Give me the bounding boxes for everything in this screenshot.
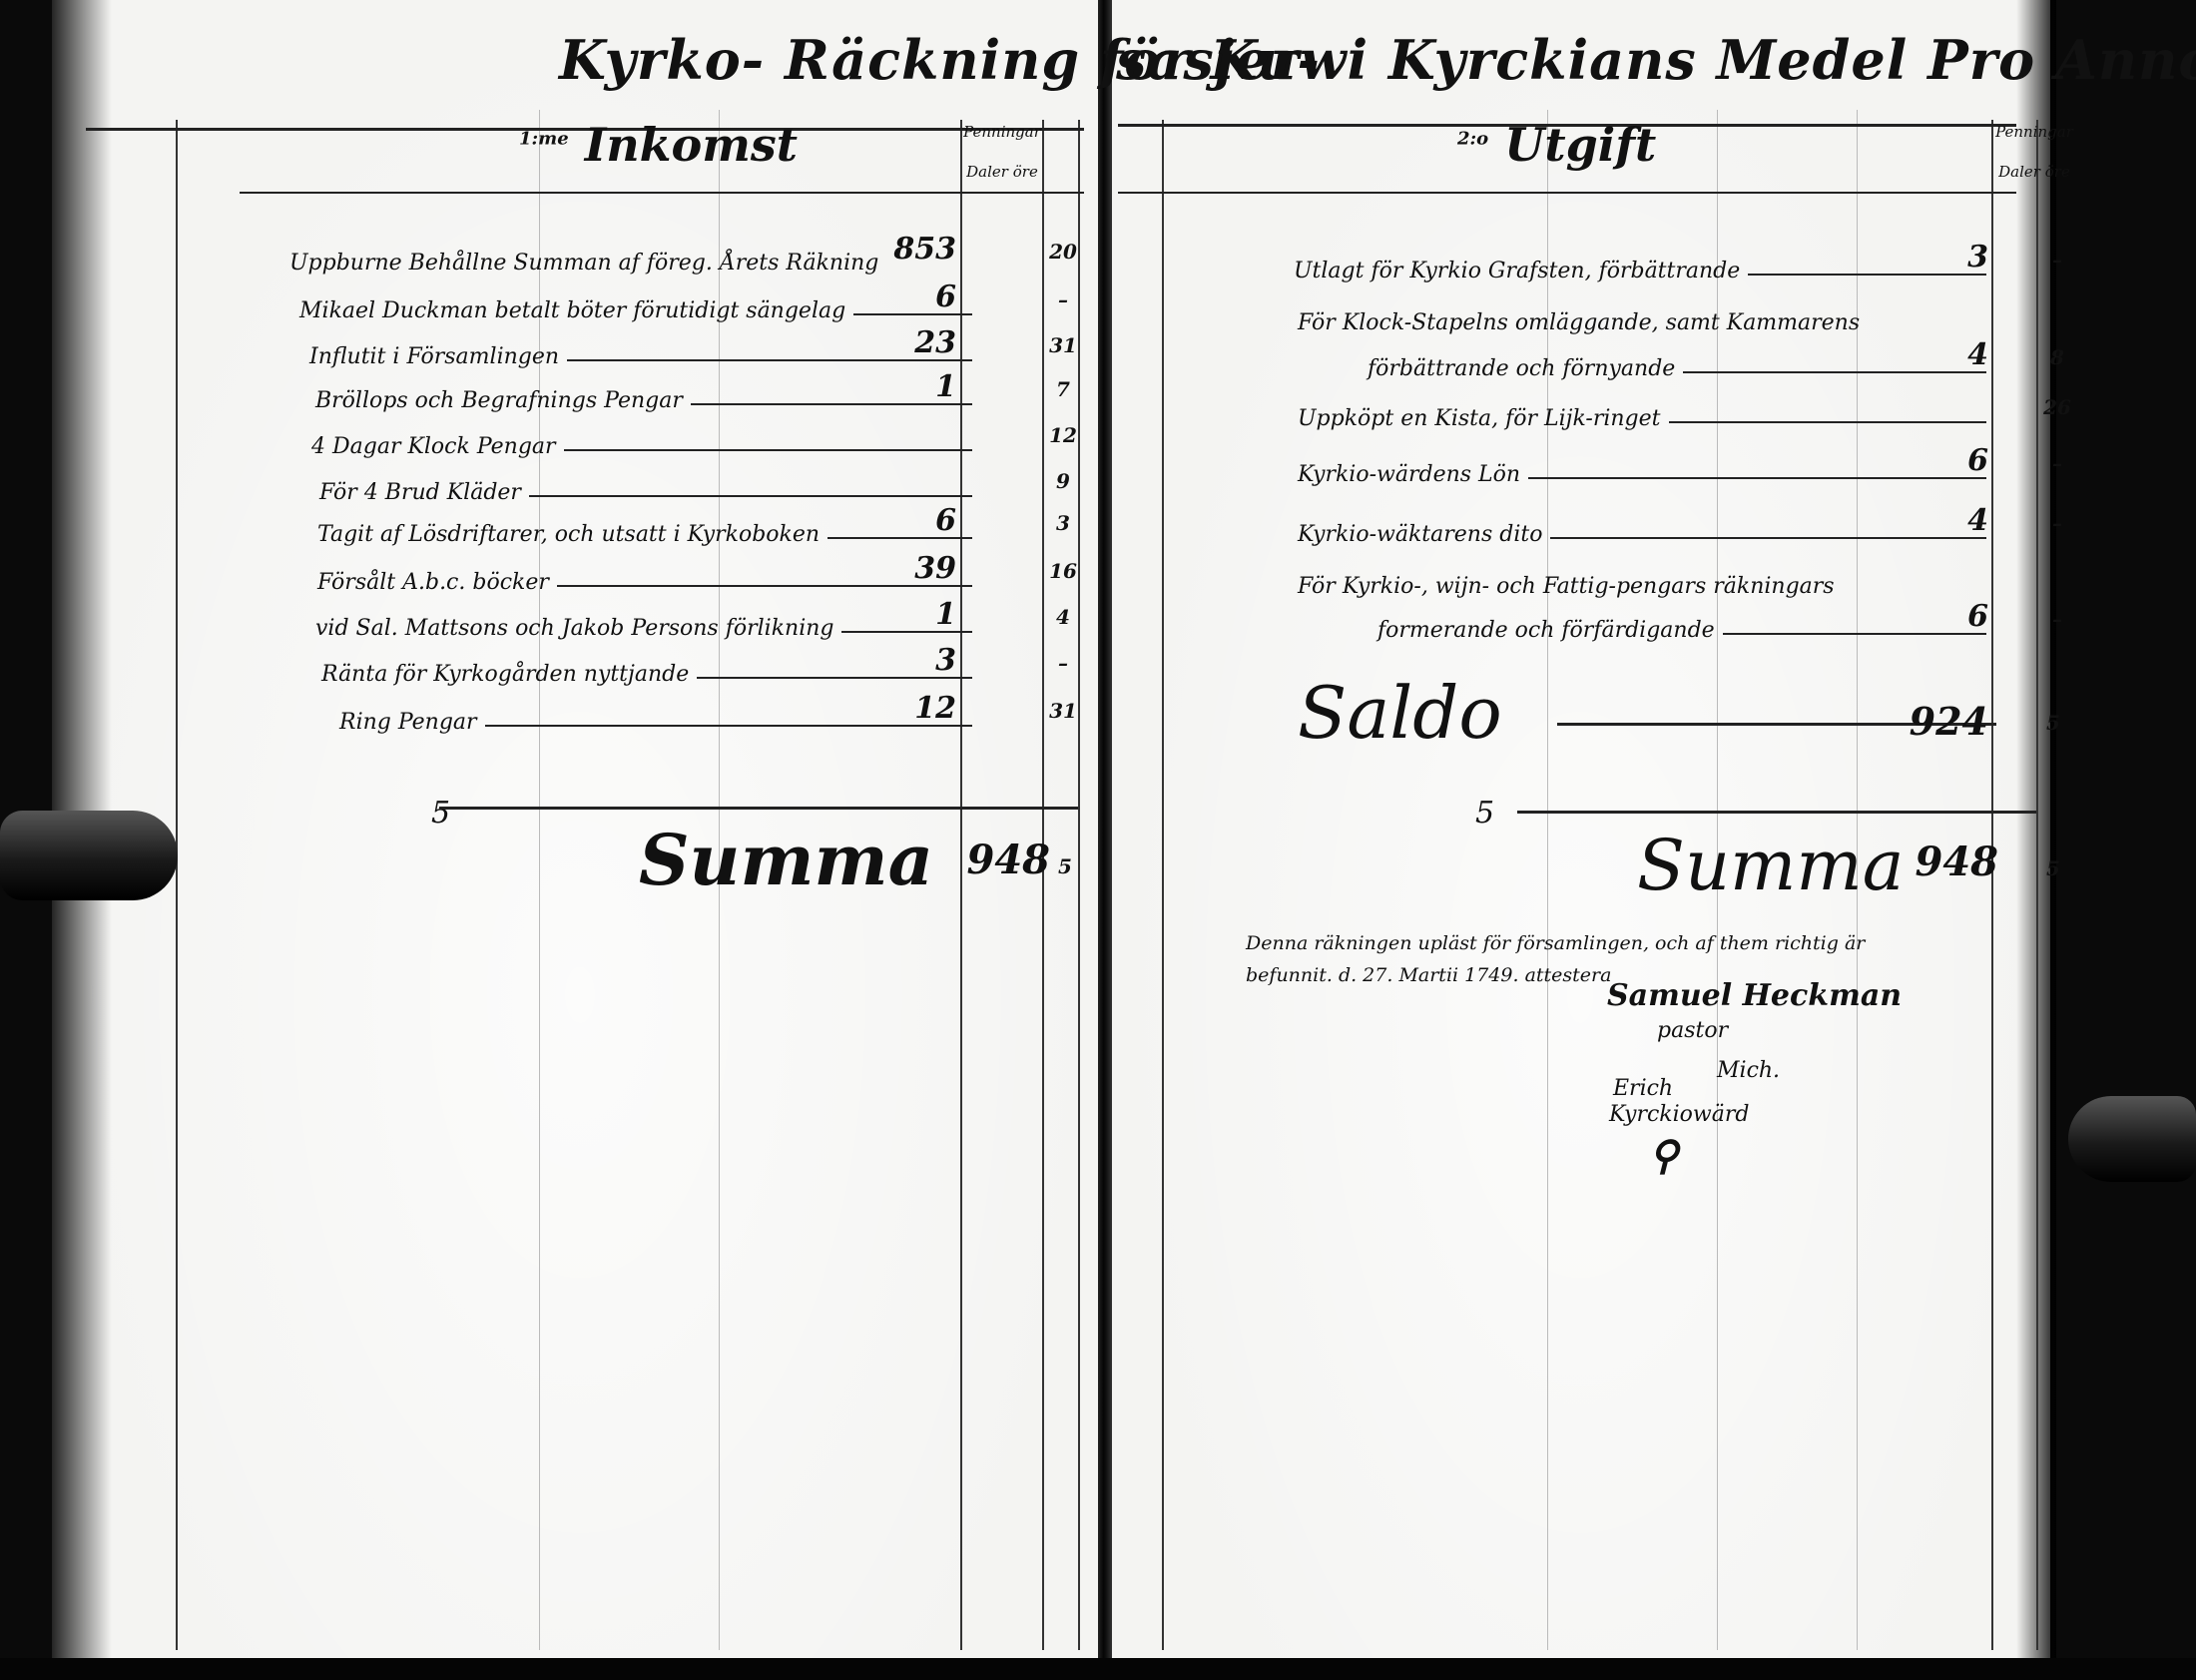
row-description: För Kyrkio-, wijn- och Fattig-pengars rä… — [1298, 574, 1835, 599]
book-clip-right — [2068, 1096, 2196, 1182]
income-row: Mikael Duckman betalt böter förutidigt s… — [299, 283, 978, 323]
saldo-daler: 924 — [1909, 699, 1988, 744]
row-description: För Klock-Stapelns omläggande, samt Kamm… — [1298, 310, 1860, 335]
expense-row: För Klock-Stapelns omläggande, samt Kamm… — [1298, 295, 1996, 335]
book-clip-left — [0, 811, 178, 900]
row-description: Mikael Duckman betalt böter förutidigt s… — [299, 298, 845, 323]
row-daler: 23 — [886, 325, 956, 360]
row-ore: 7 — [1046, 377, 1080, 401]
row-ore: 12 — [1046, 423, 1080, 447]
signature-pastor-name: Samuel Heckman — [1607, 978, 1902, 1013]
expense-row: Utlagt för Kyrkio Grafsten, förbättrande — [1294, 244, 1992, 283]
expenses-heading-label: Utgift — [1504, 118, 1656, 172]
expenses-total-ore: 5 — [2036, 856, 2070, 880]
total-rule — [439, 807, 1078, 810]
row-description: 4 Dagar Klock Pengar — [311, 434, 556, 459]
margin-mark: 5 — [1475, 799, 1494, 829]
signature-role: Kyrckiowärd — [1609, 1102, 1749, 1127]
row-ore: – — [1046, 651, 1080, 675]
amount-header-daler: Daler — [1998, 163, 2040, 181]
row-daler: 4 — [1919, 503, 1988, 538]
attestation-line-2: befunnit. d. 27. Martii 1749. attestera — [1246, 960, 1611, 990]
expense-row: Uppköpt en Kista, för Lijk-ringet — [1298, 391, 1992, 431]
income-heading: 1:me Inkomst — [519, 118, 798, 172]
scan-edge — [0, 1658, 2196, 1680]
expense-row: Kyrkio-wärdens Lön — [1298, 447, 1992, 487]
row-description: vid Sal. Mattsons och Jakob Persons förl… — [315, 616, 833, 641]
row-ore: 3 — [1046, 511, 1080, 535]
expenses-total-label: Summa — [1637, 825, 1905, 906]
row-daler: 12 — [886, 691, 956, 726]
amount-rule — [1042, 120, 1044, 1650]
row-daler: 3 — [1919, 240, 1988, 275]
income-total-daler: 948 — [960, 837, 1050, 883]
row-ore: 16 — [1046, 559, 1080, 583]
saldo-label: Saldo — [1298, 671, 1502, 755]
signature-pastor-title: pastor — [1657, 1018, 1728, 1043]
header-rule — [1118, 192, 2016, 194]
expenses-total-daler: 948 — [1909, 839, 1998, 885]
row-daler: 6 — [886, 280, 956, 314]
amount-header-ore: öre — [1013, 163, 1038, 181]
expense-row: För Kyrkio-, wijn- och Fattig-pengars rä… — [1298, 559, 1996, 599]
row-ore: – — [2040, 511, 2074, 535]
expense-row: förbättrande och förnyande — [1368, 341, 1992, 381]
row-ore: – — [2040, 607, 2074, 631]
row-description: Bröllops och Begrafnings Pengar — [315, 388, 683, 413]
income-total-label: Summa — [639, 819, 933, 901]
amount-header-daler: Daler — [966, 163, 1008, 181]
row-ore: – — [2040, 248, 2074, 272]
document-title-right: sasjerwi Kyrckians Medel Pro Anno 1748. — [1116, 28, 2196, 92]
row-ore: 31 — [1046, 333, 1080, 357]
row-daler: 1 — [886, 597, 956, 632]
amount-header-top: Penningar — [1994, 112, 2074, 152]
row-description: Försålt A.b.c. böcker — [317, 570, 549, 595]
row-ore: 20 — [1046, 240, 1080, 264]
row-ore: 31 — [1046, 699, 1080, 723]
row-ore: – — [2040, 451, 2074, 475]
income-total-ore: 5 — [1048, 854, 1082, 878]
row-ore: 4 — [1046, 605, 1080, 629]
amount-header-right: Penningar Daler öre — [1994, 112, 2074, 192]
row-ore: 9 — [1046, 469, 1080, 493]
row-description: För 4 Brud Kläder — [319, 480, 521, 505]
total-rule — [1517, 811, 2036, 814]
row-daler: 853 — [886, 232, 956, 267]
margin-rule — [176, 120, 178, 1650]
income-row: Ränta för Kyrkogården nyttjande — [321, 647, 978, 687]
leader-line — [529, 495, 972, 497]
row-description: Uppburne Behållne Summan af föreg. Årets… — [289, 251, 878, 276]
amount-header-ore: öre — [2045, 163, 2070, 181]
row-description: Tagit af Lösdriftarer, och utsatt i Kyrk… — [317, 522, 820, 547]
row-description: förbättrande och förnyande — [1368, 356, 1675, 381]
income-heading-prefix: 1:me — [519, 129, 569, 150]
row-description: Uppköpt en Kista, för Lijk-ringet — [1298, 406, 1661, 431]
header-rule — [240, 192, 1084, 194]
row-ore: – — [1046, 287, 1080, 311]
margin-rule — [1162, 120, 1164, 1650]
expenses-heading: 2:o Utgift — [1457, 118, 1656, 172]
income-row: För 4 Brud Kläder — [319, 465, 978, 505]
row-daler: 6 — [1919, 599, 1988, 634]
row-daler: 6 — [1919, 443, 1988, 478]
amount-rule — [2036, 120, 2038, 1650]
row-daler: 1 — [886, 369, 956, 404]
leader-line — [564, 449, 972, 451]
income-row: vid Sal. Mattsons och Jakob Persons förl… — [315, 601, 978, 641]
income-row: Ring Pengar — [339, 695, 978, 735]
row-daler: 39 — [886, 551, 956, 586]
income-row: Uppburne Behållne Summan af föreg. Årets… — [289, 236, 968, 276]
row-daler: 3 — [886, 643, 956, 678]
amount-header-top: Penningar — [962, 112, 1042, 152]
amount-header-left: Penningar Daler öre — [962, 112, 1042, 192]
row-description: Influtit i Församlingen — [309, 344, 559, 369]
income-row: 4 Dagar Klock Pengar — [311, 419, 978, 459]
saldo-ore: 5 — [2036, 711, 2070, 735]
expense-row: Kyrkio-wäktarens dito — [1298, 507, 1992, 547]
row-ore: 8 — [2040, 345, 2074, 369]
attestation-line-1: Denna räkningen upläst för församlingen,… — [1246, 928, 1865, 958]
income-heading-label: Inkomst — [585, 118, 798, 172]
signature-churchwarden-1: Mich. — [1717, 1058, 1780, 1083]
row-description: formerande och förfärdigande — [1377, 618, 1715, 643]
expenses-heading-prefix: 2:o — [1457, 129, 1488, 150]
income-row: Tagit af Lösdriftarer, och utsatt i Kyrk… — [317, 507, 978, 547]
income-row: Influtit i Församlingen — [309, 329, 978, 369]
row-description: Ränta för Kyrkogården nyttjande — [321, 662, 689, 687]
signature-churchwarden-2: Erich — [1613, 1076, 1673, 1101]
row-daler: 6 — [886, 503, 956, 538]
row-description: Kyrkio-wärdens Lön — [1298, 462, 1520, 487]
income-row: Försålt A.b.c. böcker — [317, 555, 978, 595]
row-description: Utlagt för Kyrkio Grafsten, förbättrande — [1294, 259, 1740, 283]
book-spine — [1098, 0, 1112, 1680]
margin-mark: 5 — [431, 799, 450, 829]
row-ore: 26 — [2040, 395, 2074, 419]
leader-line — [1669, 421, 1987, 423]
income-row: Bröllops och Begrafnings Pengar — [315, 373, 978, 413]
row-description: Kyrkio-wäktarens dito — [1298, 522, 1542, 547]
expense-row: formerande och förfärdigande — [1377, 603, 1992, 643]
row-daler: 4 — [1919, 337, 1988, 372]
row-description: Ring Pengar — [339, 710, 477, 735]
house-mark-icon: ⚲ — [1649, 1132, 1678, 1179]
